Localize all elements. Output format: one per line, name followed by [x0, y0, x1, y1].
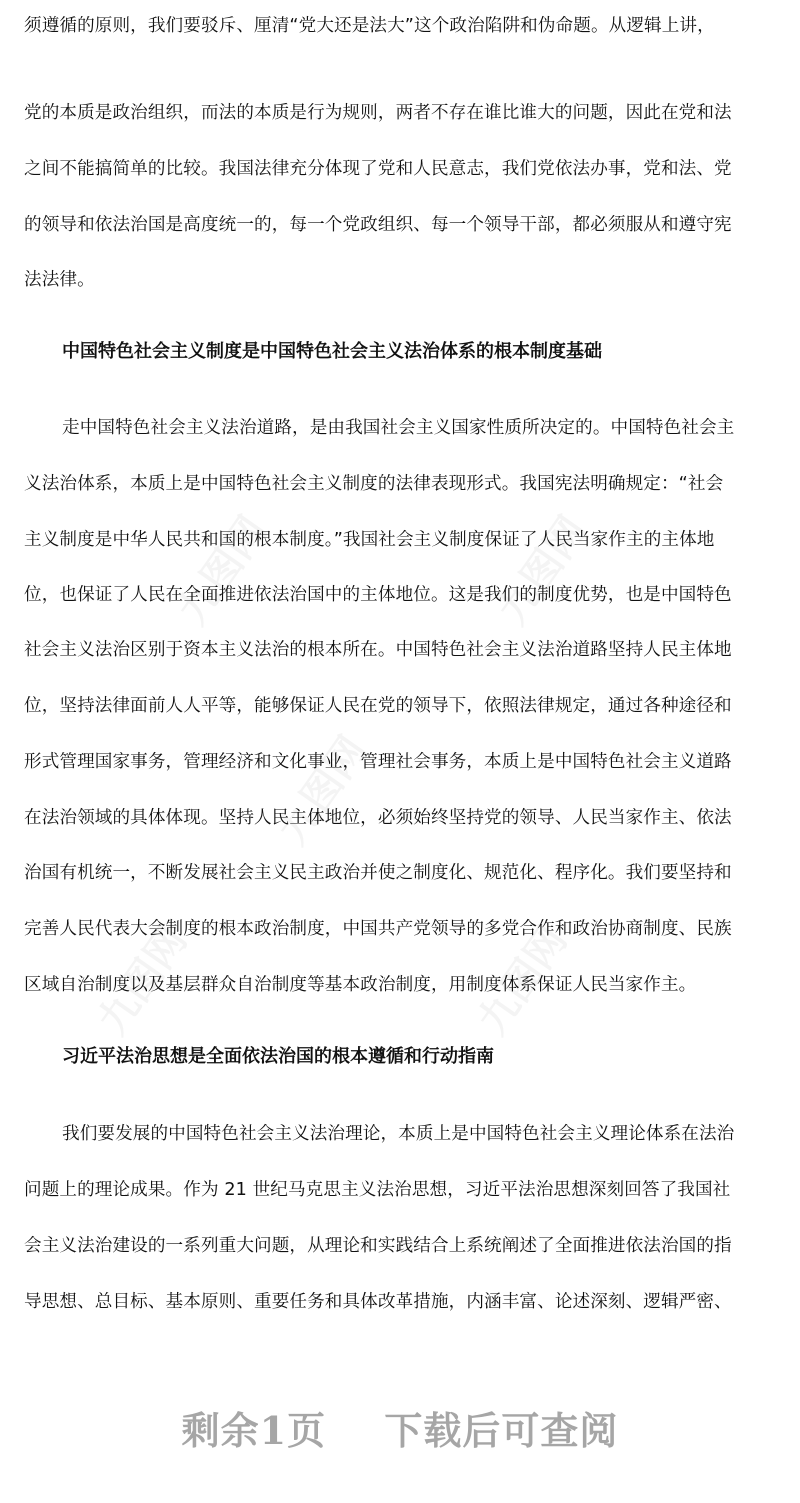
body-text-line: 之间不能搞简单的比较。我国法律充分体现了党和人民意志，我们党依法办事，党和法、党 [24, 157, 776, 181]
body-text-line: 的领导和依法治国是高度统一的，每一个党政组织、每一个领导干部，都必须服从和遵守宪 [24, 213, 776, 237]
body-text-line: 治国有机统一，不断发展社会主义民主政治并使之制度化、规范化、程序化。我们要坚持和 [24, 861, 776, 885]
remaining-pages-label: 剩余1页 [182, 1408, 326, 1453]
body-text-line: 问题上的理论成果。作为 21 世纪马克思主义法治思想，习近平法治思想深刻回答了我… [24, 1178, 776, 1202]
body-text-line: 社会主义法治区别于资本主义法治的根本所在。中国特色社会主义法治道路坚持人民主体地 [24, 638, 776, 662]
download-prompt-banner[interactable]: 剩余1页 下载后可查阅 [0, 1400, 800, 1455]
section-heading: 习近平法治思想是全面依法治国的根本遵循和行动指南 [62, 1045, 494, 1069]
watermark: 九图网 [482, 503, 598, 634]
watermark: 九图网 [162, 503, 278, 634]
body-text-line: 走中国特色社会主义法治道路，是由我国社会主义国家性质所决定的。中国特色社会主 [62, 416, 800, 440]
body-text-line: 义法治体系，本质上是中国特色社会主义制度的法律表现形式。我国宪法明确规定：“社会 [24, 472, 776, 496]
body-text-line: 党的本质是政治组织，而法的本质是行为规则，两者不存在谁比谁大的问题，因此在党和法 [24, 101, 776, 125]
body-text-line: 位，也保证了人民在全面推进依法治国中的主体地位。这是我们的制度优势，也是中国特色 [24, 583, 776, 607]
section-heading: 中国特色社会主义制度是中国特色社会主义法治体系的根本制度基础 [62, 340, 602, 364]
body-text-line: 会主义法治建设的一系列重大问题，从理论和实践结合上系统阐述了全面推进依法治国的指 [24, 1234, 776, 1258]
body-text-line: 主义制度是中华人民共和国的根本制度。”我国社会主义制度保证了人民当家作主的主体地 [24, 528, 776, 552]
body-text-line: 法法律。 [24, 268, 776, 292]
body-text-line: 完善人民代表大会制度的根本政治制度，中国共产党领导的多党合作和政治协商制度、民族 [24, 917, 776, 941]
body-text-line: 在法治领域的具体体现。坚持人民主体地位，必须始终坚持党的领导、人民当家作主、依法 [24, 806, 776, 830]
body-text-line: 须遵循的原则，我们要驳斥、厘清“党大还是法大”这个政治陷阱和伪命题。从逻辑上讲， [24, 14, 776, 38]
body-text-line: 导思想、总目标、基本原则、重要任务和具体改革措施，内涵丰富、论述深刻、逻辑严密、 [24, 1290, 776, 1314]
body-text-line: 我们要发展的中国特色社会主义法治理论，本质上是中国特色社会主义理论体系在法治 [62, 1122, 800, 1146]
body-text-line: 位，坚持法律面前人人平等，能够保证人民在党的领导下，依照法律规定，通过各种途径和 [24, 694, 776, 718]
document-page: 九图网 九图网 九图网 九图网 九图网 须遵循的原则，我们要驳斥、厘清“党大还是… [0, 0, 800, 1503]
watermark: 九图网 [262, 723, 378, 854]
download-to-view-label: 下载后可查阅 [384, 1408, 618, 1453]
body-text-line: 区域自治制度以及基层群众自治制度等基本政治制度，用制度体系保证人民当家作主。 [24, 973, 776, 997]
body-text-line: 形式管理国家事务，管理经济和文化事业，管理社会事务，本质上是中国特色社会主义道路 [24, 750, 776, 774]
